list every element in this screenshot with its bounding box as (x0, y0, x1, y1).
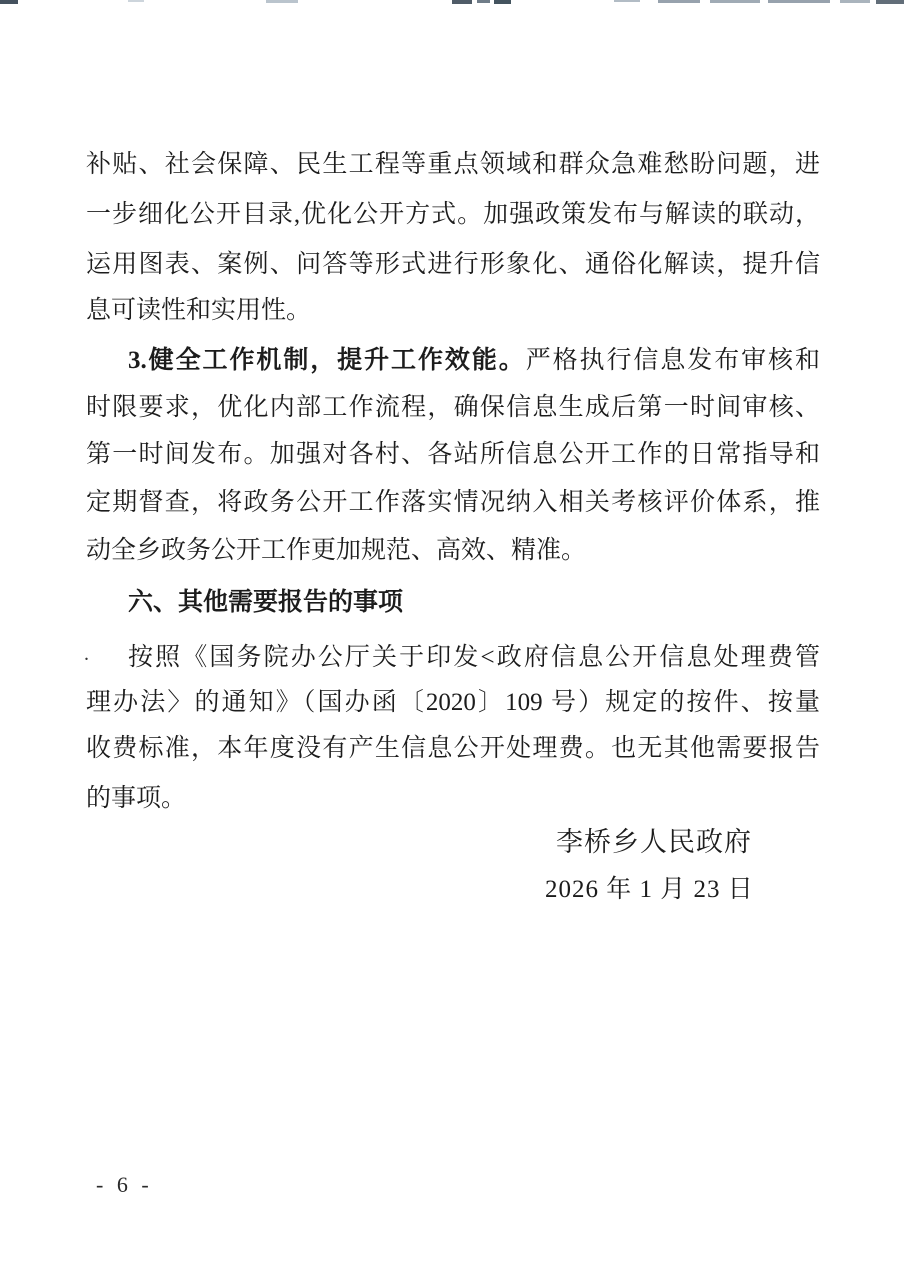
body-text-line: 按照《国务院办公厅关于印发<政府信息公开信息处理费管 (86, 633, 820, 683)
scan-edge-artifact (768, 0, 830, 3)
scan-edge-artifact (840, 0, 870, 3)
scan-edge-artifact (876, 0, 904, 4)
section-heading: 六、其他需要报告的事项 (86, 578, 820, 628)
document-page: 补贴、社会保障、民生工程等重点领域和群众急难愁盼问题，进 一步细化公开目录,优化… (0, 0, 904, 1279)
body-text-line: 第一时间发布。加强对各村、各站所信息公开工作的日常指导和 (86, 430, 820, 480)
scan-edge-artifact (266, 0, 298, 3)
body-text-line: 动全乡政务公开工作更加规范、高效、精准。 (86, 526, 820, 576)
item-3-lead-rest: 严格执行信息发布审核和 (526, 347, 820, 374)
scan-edge-artifact (477, 0, 490, 3)
signature-organization: 李桥乡人民政府 (556, 817, 752, 867)
body-text-line: 补贴、社会保障、民生工程等重点领域和群众急难愁盼问题，进 (86, 140, 820, 190)
body-text-line: 3.健全工作机制，提升工作效能。严格执行信息发布审核和 (86, 336, 820, 386)
body-text-line: 息可读性和实用性。 (86, 286, 820, 336)
body-text-line: 运用图表、案例、问答等形式进行形象化、通俗化解读，提升信 (86, 240, 820, 290)
scan-edge-artifact (0, 0, 18, 4)
body-text-line: 理办法〉的通知》（国办函〔2020〕109 号）规定的按件、按量 (86, 678, 820, 728)
body-text-line: 收费标准，本年度没有产生信息公开处理费。也无其他需要报告 (86, 724, 820, 774)
page-number: - 6 - (96, 1170, 153, 1200)
body-text-line: 一步细化公开目录,优化公开方式。加强政策发布与解读的联动， (86, 190, 820, 240)
body-text-line: 时限要求，优化内部工作流程，确保信息生成后第一时间审核、 (86, 383, 820, 433)
scan-edge-artifact (614, 0, 640, 2)
item-3-lead-bold: 3.健全工作机制，提升工作效能。 (128, 347, 526, 374)
scan-edge-artifact (494, 0, 511, 4)
scan-edge-artifact (452, 0, 472, 4)
body-text-line: 定期督查，将政务公开工作落实情况纳入相关考核评价体系，推 (86, 478, 820, 528)
scan-edge-artifact (658, 0, 700, 3)
signature-date: 2026 年 1 月 23 日 (545, 865, 754, 915)
scan-edge-artifact (128, 0, 144, 2)
scan-edge-artifact (710, 0, 760, 3)
